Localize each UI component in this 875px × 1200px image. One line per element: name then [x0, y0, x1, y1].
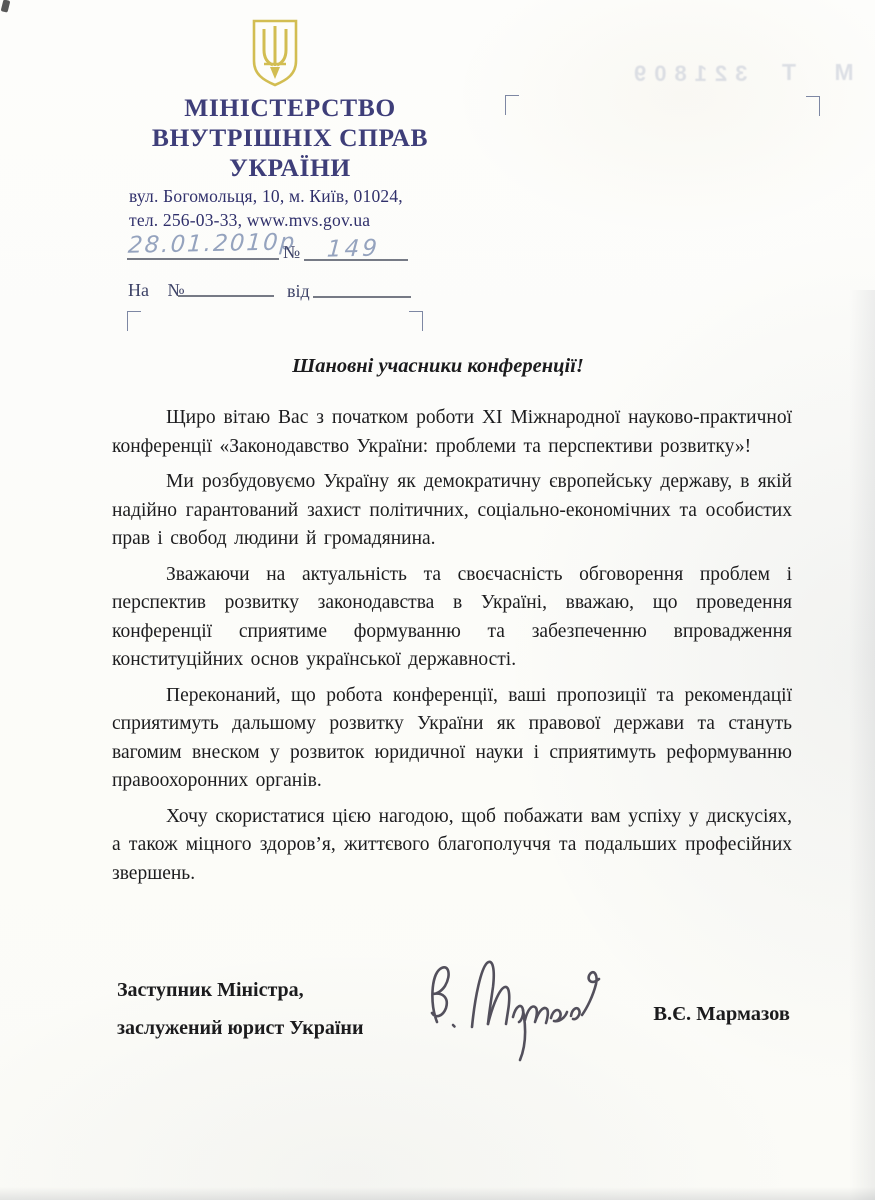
- reply-date-underline: [313, 296, 411, 298]
- date-handwritten: 28.01.2010р: [127, 229, 297, 259]
- reply-number-label: На №: [128, 280, 185, 301]
- body-paragraph: Ми розбудовуємо Україну як демократичну …: [112, 468, 792, 554]
- ministry-name-line: УКРАЇНИ: [148, 153, 432, 183]
- header-corner-mark-left: [505, 95, 519, 115]
- scan-edge-shade: [0, 1187, 875, 1200]
- number-sign: №: [283, 242, 300, 263]
- body-paragraph: Щиро вітаю Вас з початком роботи XI Міжн…: [112, 404, 792, 461]
- signatory-name: В.Є. Мармазов: [600, 1003, 790, 1026]
- tryzub-emblem-icon: [250, 19, 300, 89]
- addressee-corner-mark-right: [409, 311, 423, 331]
- faint-stamp-digits: 321809: [626, 61, 747, 87]
- ministry-name-line: ВНУТРІШНІХ СПРАВ: [148, 123, 432, 153]
- letter-body: Щиро вітаю Вас з початком роботи XI Міжн…: [112, 404, 792, 895]
- body-paragraph: Хочу скористатися цією нагодою, щоб поба…: [112, 803, 792, 889]
- salutation: Шановні учасники конференції!: [88, 355, 788, 378]
- address-line: вул. Богомольця, 10, м. Київ, 01024,: [129, 185, 403, 209]
- header-corner-mark-right: [806, 96, 820, 116]
- ministry-name: МІНІСТЕРСТВО ВНУТРІШНІХ СПРАВ УКРАЇНИ: [148, 93, 432, 183]
- address-line: тел. 256-03-33, www.mvs.gov.ua: [129, 209, 403, 233]
- signatory-title-line: Заступник Міністра,: [117, 971, 363, 1009]
- reply-number-underline: [178, 295, 274, 297]
- faint-stamp-letters: М Т: [766, 59, 854, 86]
- date-underline: [127, 258, 279, 260]
- signatory-title-line: заслужений юрист України: [117, 1009, 363, 1047]
- addressee-corner-mark-left: [127, 311, 141, 331]
- ministry-name-line: МІНІСТЕРСТВО: [148, 93, 432, 123]
- scanned-letter: МІНІСТЕРСТВО ВНУТРІШНІХ СПРАВ УКРАЇНИ ву…: [0, 0, 875, 1200]
- signatory-title: Заступник Міністра, заслужений юрист Укр…: [117, 971, 363, 1047]
- reply-date-label: від: [287, 281, 310, 302]
- body-paragraph: Зважаючи на актуальність та своєчасність…: [112, 561, 792, 675]
- handwritten-signature: [415, 946, 630, 1064]
- body-paragraph: Переконаний, що робота конференції, ваші…: [112, 682, 792, 796]
- scan-artifact: [1, 0, 11, 13]
- letterhead-address: вул. Богомольця, 10, м. Київ, 01024, тел…: [129, 185, 403, 232]
- number-underline: [304, 259, 408, 261]
